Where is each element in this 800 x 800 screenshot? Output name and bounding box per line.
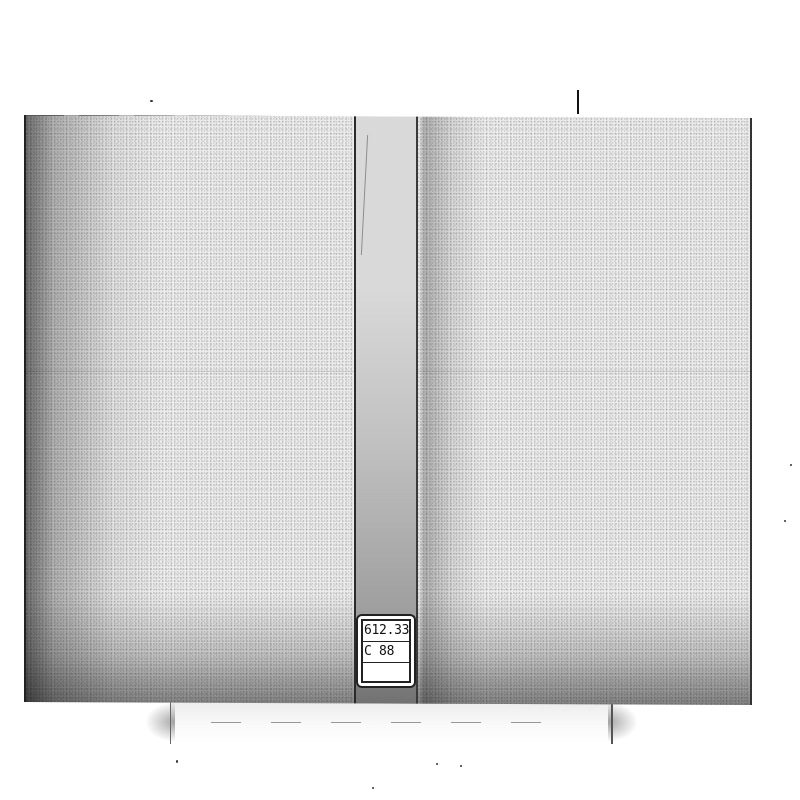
speck <box>176 760 178 763</box>
cover-left-edge <box>24 115 26 705</box>
speck <box>436 763 438 765</box>
speck <box>372 787 374 789</box>
spine-top-cap <box>354 112 418 116</box>
call-number-frame: 612.33 C 88 <box>361 619 411 683</box>
stray-mark <box>577 90 579 114</box>
scanned-page: 612.33 C 88 <box>0 0 800 800</box>
call-number-label: 612.33 C 88 <box>356 614 416 688</box>
call-number-blank <box>363 663 409 681</box>
cover-top-edge <box>24 115 752 116</box>
speck <box>790 464 792 466</box>
speck <box>150 100 153 102</box>
spine-crease <box>361 135 368 255</box>
book-page-edges <box>170 700 613 744</box>
call-number-cutter: C 88 <box>363 642 409 663</box>
cover-right-edge <box>750 115 752 705</box>
speck <box>460 765 462 767</box>
call-number-class: 612.33 <box>363 621 409 642</box>
speck <box>784 520 786 522</box>
